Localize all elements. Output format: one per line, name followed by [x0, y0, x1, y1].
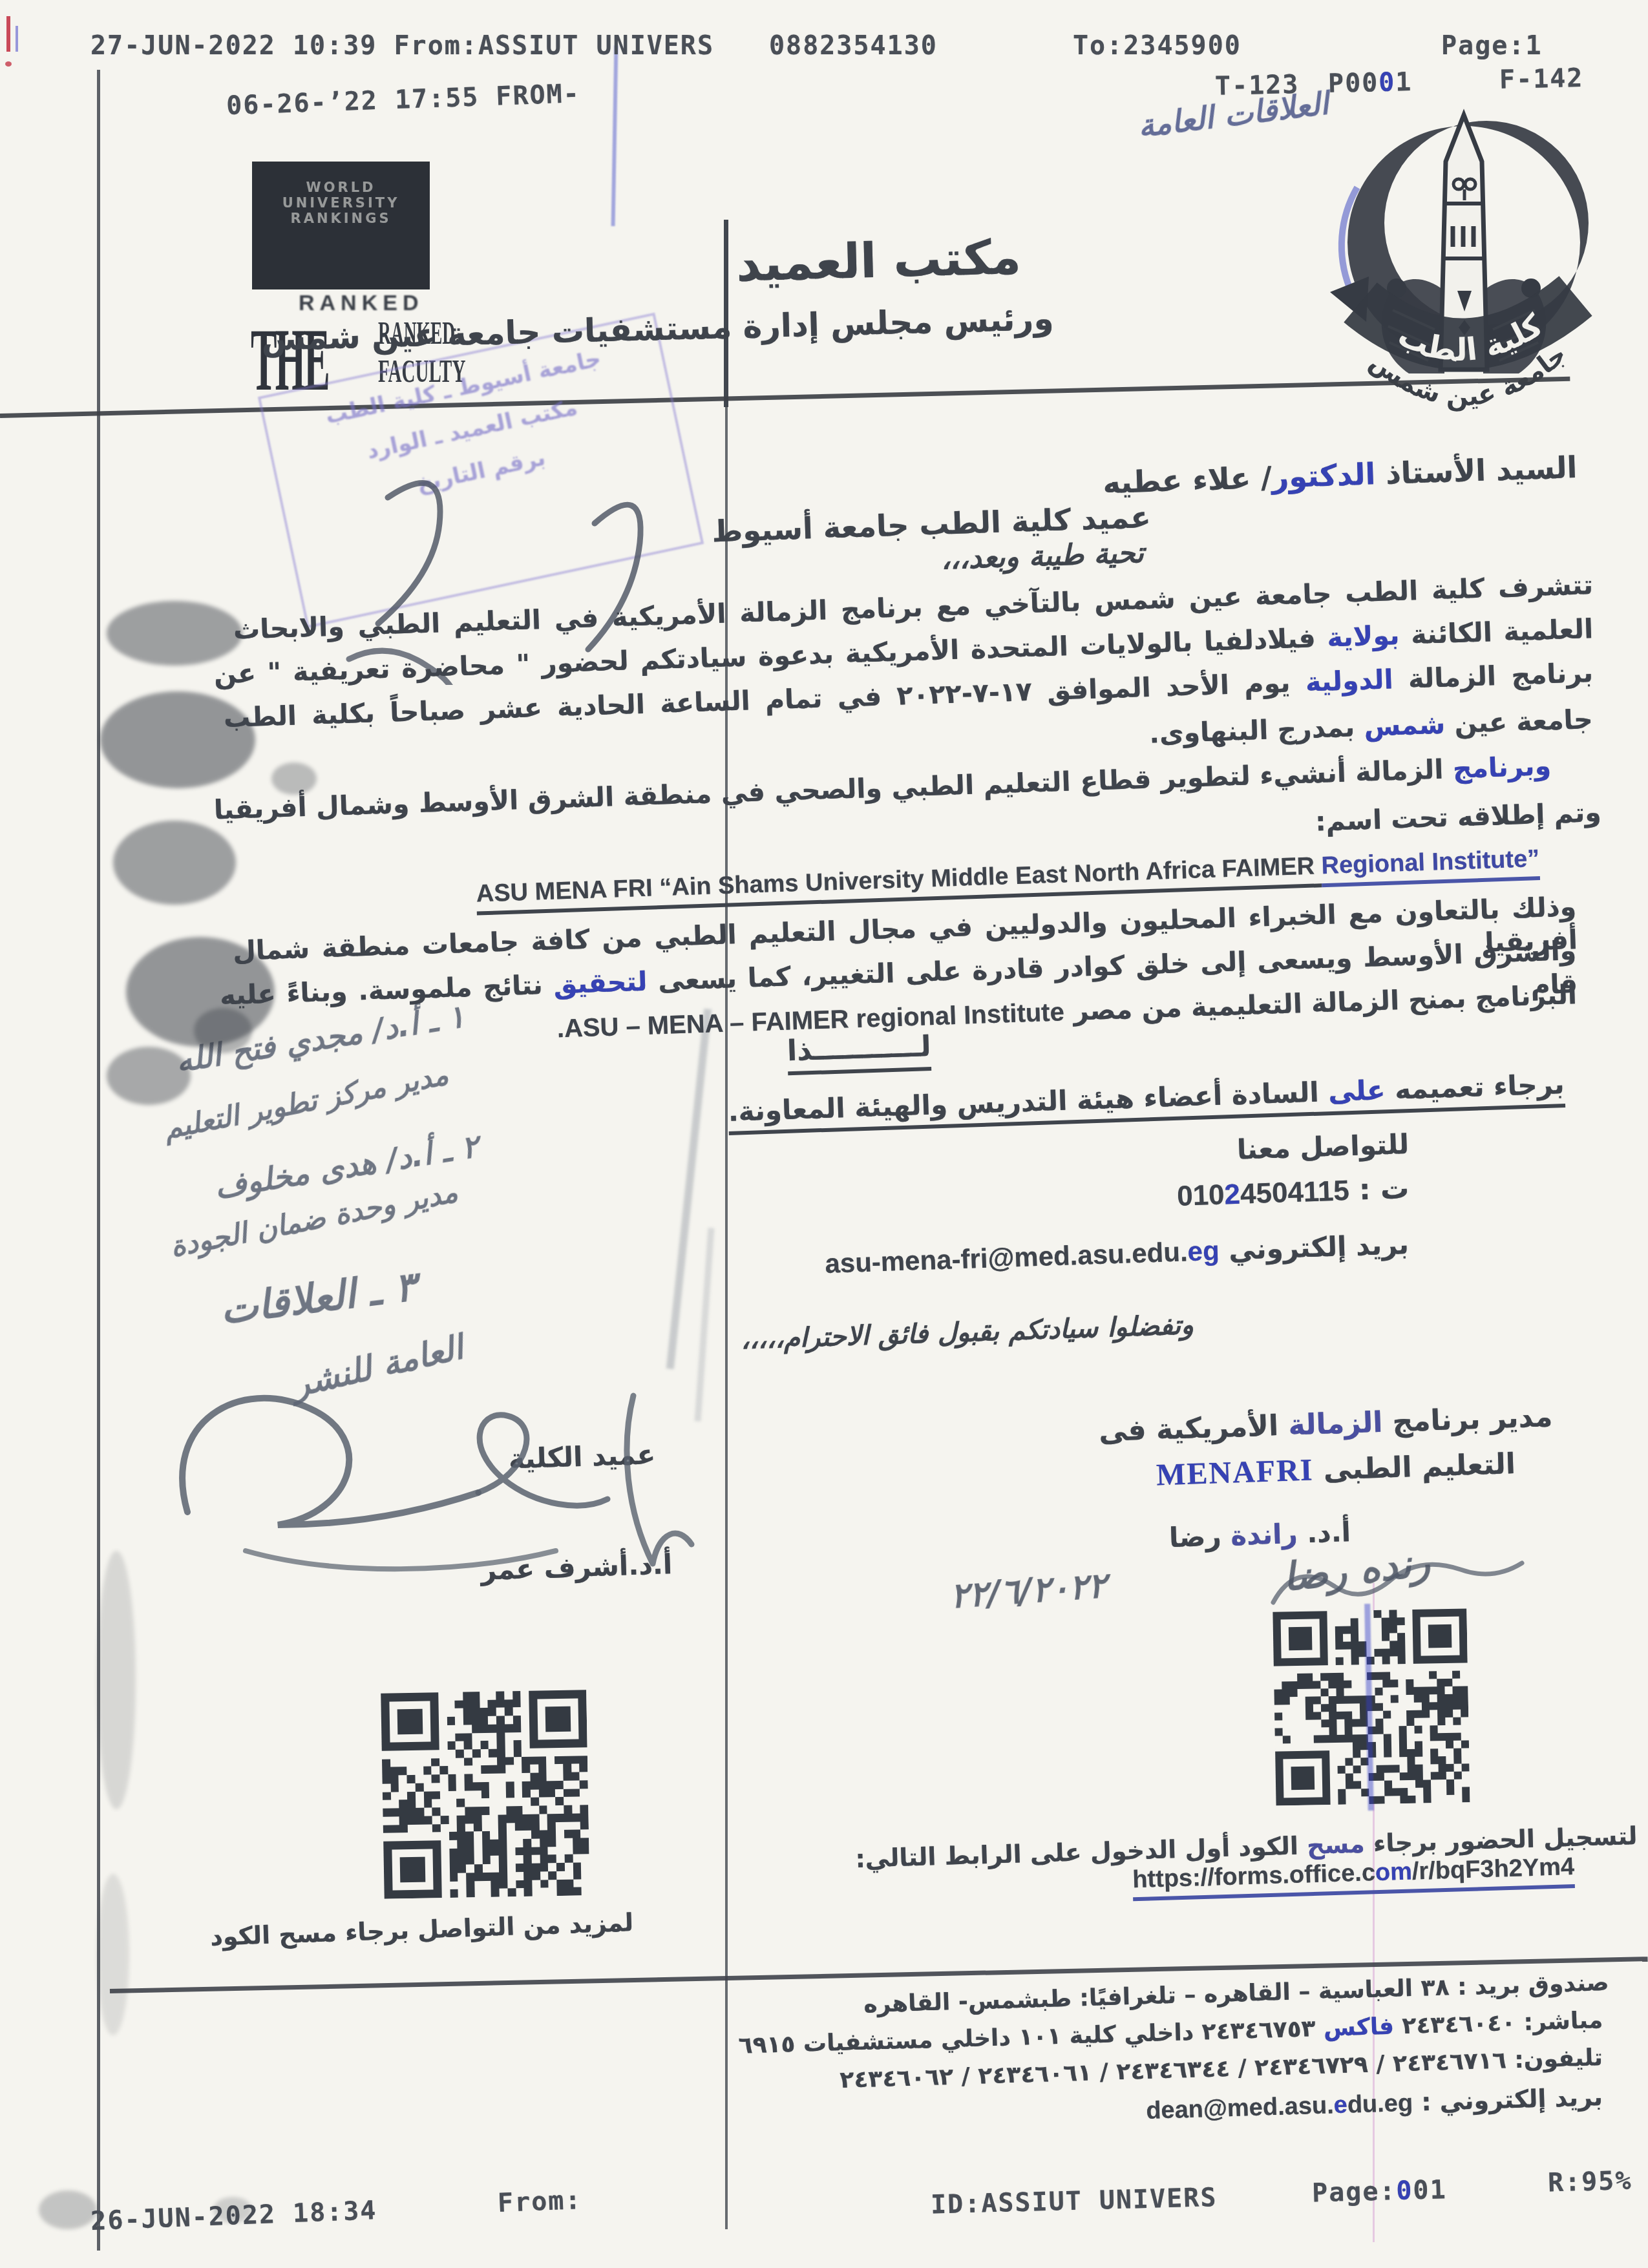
scan-noise — [107, 1047, 191, 1105]
corner-blue-mark — [16, 26, 18, 52]
footer-email-blue: e — [1333, 2092, 1347, 2119]
body-line-3-pre: برنامج الزمالة — [1393, 657, 1594, 695]
rankings-caption-university: UNIVERSITY — [252, 195, 430, 211]
circulate-blue: على — [1327, 1074, 1386, 1108]
phone-blue-digit: 2 — [1224, 1179, 1241, 1211]
fax-datetime-from: 27-JUN-2022 10:39 From:ASSIUT UNIVERS — [90, 31, 714, 61]
fax-line2-datetime: 06-26-’22 17:55 FROM- — [226, 79, 581, 121]
fax-sender-number: 0882354130 — [769, 31, 938, 61]
footer-direct-pre: مباشر: ٢٤٣٤٦٠٤٠ — [1393, 2007, 1603, 2040]
email-label: بريد إلكتروني — [1219, 1228, 1410, 1266]
phone-post: 4504115 — [1240, 1175, 1349, 1210]
fax-bottom-page-blue: 0 — [1396, 2176, 1413, 2206]
qr-contact-caption: لمزيد من التواصل برجاء مسح الكود — [210, 1907, 634, 1953]
footer-fax-blue: فاكس — [1323, 2013, 1394, 2042]
fax-to-number: To:2345900 — [1073, 31, 1241, 61]
fax-p-code-blue-digit: 0 — [1379, 68, 1396, 98]
addressee-prefix: السيد الأستاذ — [1375, 450, 1578, 491]
circulate-post: السادة أعضاء هيئة التدريس والهيئة المعاو… — [727, 1076, 1328, 1128]
scan-noise — [113, 821, 236, 905]
body-line-5-blue: وبرنامج — [1452, 750, 1552, 784]
signer-title-pre: مدير برنامج — [1382, 1400, 1553, 1439]
email-address: asu-mena-fri@med.asu.edu. — [825, 1236, 1188, 1279]
fax-p-code: P0001 — [1328, 67, 1413, 99]
phone-label: ت : — [1349, 1172, 1410, 1207]
fax-p-code-pre: P00 — [1328, 68, 1379, 99]
qr-reg-caption-pre: لتسجيل الحضور برجاء — [1364, 1822, 1638, 1858]
body-line-3-blue: الدولية — [1305, 664, 1393, 697]
fax-page-indicator: Page:1 — [1441, 31, 1543, 61]
footer-email-pre: dean@med.asu. — [1146, 2092, 1335, 2125]
fax-f-code: F-142 — [1499, 63, 1584, 95]
body-line-5-post: الزمالة أنشيء لتطوير قطاع التعليم الطبي … — [213, 753, 1453, 826]
stamp-pen-marks — [310, 401, 737, 685]
rankings-caption-world: WORLD — [252, 180, 430, 195]
body-line-2-pre: العلمية الكائنة — [1399, 613, 1594, 651]
signer-title-line1: مدير برنامج الزمالة الأمريكية فى — [1098, 1399, 1553, 1449]
footer-direct-post: ٢٤٣٤٦٧٥٣ داخلي كلية ١٠١ داخلي مستشفيات ٦… — [738, 2015, 1324, 2059]
body-line-4-pre: جامعة عين — [1445, 704, 1594, 740]
addressee-name: / علاء عطيه — [1102, 460, 1272, 501]
email-blue-suffix: eg — [1187, 1235, 1220, 1267]
circulate-request-line: برجاء تعميمه على السادة أعضاء هيئة التدر… — [727, 1067, 1565, 1129]
fax-bottom-from: From: — [497, 2185, 582, 2218]
blue-pen-streak — [611, 45, 618, 226]
fax-bottom-quality: R:95% — [1547, 2166, 1632, 2198]
body-line-4: جامعة عين شمس بمدرج البنهاوى. — [1149, 703, 1594, 751]
corner-red-mark — [6, 16, 10, 52]
scan-noise — [97, 1874, 129, 2035]
signer-title-blue: الزمالة — [1287, 1406, 1383, 1442]
contact-phone-line: ت : 01024504115 — [1176, 1171, 1410, 1214]
url-post: /r/bqF3h2Ym4 — [1411, 1853, 1574, 1885]
addressee-name-line: السيد الأستاذ الدكتور/ علاء عطيه — [1102, 449, 1578, 502]
body-line-8-blue: لتحقيق — [553, 966, 648, 1000]
signer-title-line2: التعليم الطبى MENAFRI — [1156, 1444, 1516, 1495]
the-rankings-dark-square: WORLD UNIVERSITY RANKINGS — [252, 162, 430, 289]
closing-courtesy-line: وتفضلوا سيادتكم بقبول فائق الاحترام،،،،، — [741, 1308, 1194, 1356]
fax-bottom-id: ID:ASSIUT UNIVERS — [931, 2183, 1218, 2220]
fax-bottom-page-post: 01 — [1413, 2175, 1447, 2205]
body-line-2-blue: بولاية — [1327, 620, 1400, 653]
scan-noise — [107, 601, 242, 666]
body-line-4-blue: شمس — [1364, 709, 1446, 742]
footer-email-post: du.eg — [1347, 2090, 1413, 2119]
scan-noise — [39, 2190, 97, 2229]
addressee-title-blue: الدكتور — [1271, 456, 1376, 494]
url-blue: om — [1375, 1858, 1412, 1886]
circulate-pre: برجاء تعميمه — [1384, 1068, 1565, 1106]
footer-email-label: بريد إلكتروني : — [1413, 2083, 1603, 2117]
contact-email-line: بريد إلكتروني asu-mena-fri@med.asu.edu.e… — [825, 1228, 1410, 1281]
circulate-underlined: برجاء تعميمه على السادة أعضاء هيئة التدر… — [727, 1068, 1565, 1135]
scan-noise — [213, 2197, 252, 2223]
fax-bottom-page: Page:001 — [1311, 2175, 1447, 2208]
signer-title-post: الأمريكية فى — [1098, 1409, 1289, 1449]
body-line-6: وتم إطلاقه تحت اسم: — [1315, 796, 1602, 839]
fax-bottom-page-label: Page: — [1311, 2176, 1397, 2208]
scan-noise — [97, 1551, 136, 1809]
body-line-4-post: بمدرج البنهاوى. — [1149, 711, 1365, 750]
fax-document-page: 27-JUN-2022 10:39 From:ASSIUT UNIVERS 08… — [0, 0, 1648, 2268]
salutation: تحية طيبة وبعد،،، — [941, 535, 1145, 577]
rankings-caption-rankings: RANKINGS — [252, 211, 430, 226]
therefore-text: لـــــــــــذا — [787, 1030, 931, 1075]
qr-code-contact — [381, 1690, 590, 1899]
contact-us-label: للتواصل معنا — [1236, 1128, 1410, 1167]
ain-shams-medicine-seal: كلية الطب جامعة عين شمس — [1312, 97, 1616, 414]
scan-noise — [271, 762, 317, 795]
qr-registration-wrap — [1273, 1608, 1470, 1808]
qr-reg-caption-blue: مسح — [1306, 1830, 1365, 1860]
fax-p-code-post: 1 — [1395, 67, 1413, 98]
therefore-word: لـــــــــــذا — [787, 1029, 931, 1069]
qr-contact-wrap — [381, 1690, 590, 1902]
office-title: مكتب العميد — [735, 227, 1022, 295]
signer-title-arabic: التعليم الطبى — [1313, 1447, 1516, 1487]
phone-pre: 010 — [1176, 1179, 1225, 1212]
corner-red-dot — [5, 61, 12, 67]
menafri-wordmark: MENAFRI — [1156, 1453, 1315, 1492]
institute-english-blue: Regional Institute” — [1321, 845, 1540, 887]
